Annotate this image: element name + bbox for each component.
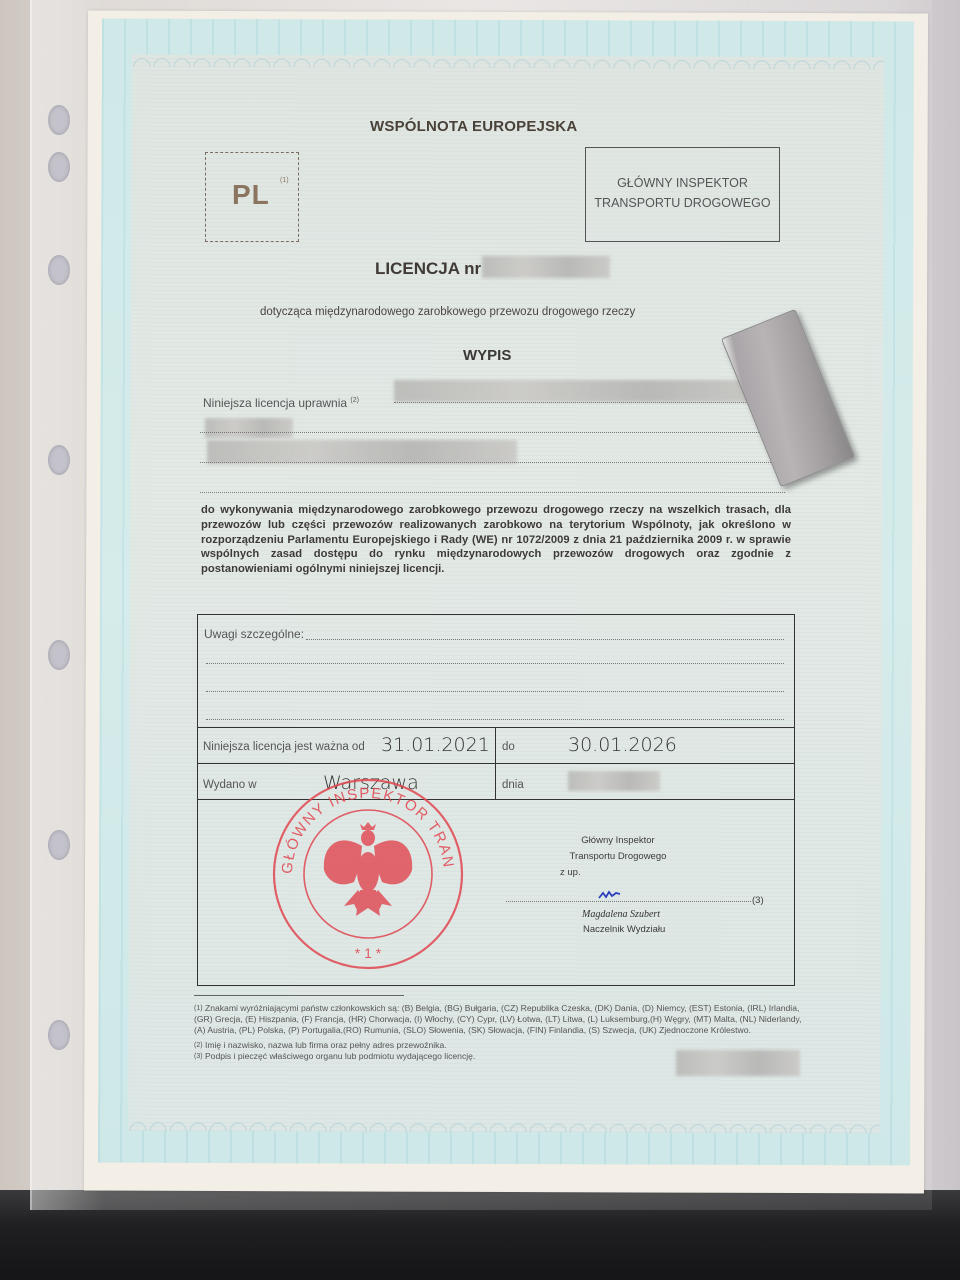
punch-hole: [48, 830, 70, 860]
punch-hole: [48, 255, 70, 285]
holder-label-text: Niniejsza licencja uprawnia: [203, 396, 347, 410]
document-type: WYPIS: [463, 347, 511, 364]
footnote-mark: (2): [194, 1042, 203, 1049]
signatory-block: Główny Inspektor Transportu Drogowego: [563, 833, 673, 865]
punch-hole: [48, 105, 70, 135]
dotted-line: [200, 432, 785, 433]
authority-line-2: TRANSPORTU DROGOWEGO: [586, 196, 779, 210]
footnote-text: Imię i nazwisko, nazwa lub firma oraz pe…: [205, 1040, 447, 1050]
handwritten-signature: [598, 887, 624, 895]
redacted-issue-date: [568, 771, 660, 791]
remarks-label: Uwagi szczególne:: [204, 627, 304, 641]
dotted-line: [306, 639, 784, 640]
issued-date-label: dnia: [502, 779, 524, 791]
footnote-rule: [194, 995, 404, 996]
redacted-holder-line-2: [205, 418, 293, 438]
table-divider: [198, 763, 794, 764]
signatory-name: Magdalena Szubert: [582, 909, 660, 920]
footnote-mark: (3): [752, 895, 764, 906]
license-title: LICENCJA nr: [375, 259, 481, 279]
signatory-line-1: Główny Inspektor: [563, 833, 673, 849]
redacted-serial-number: [676, 1050, 800, 1076]
country-code-box: PL (1): [205, 152, 299, 242]
footnote-mark: (1): [280, 177, 289, 184]
redacted-holder-address: [207, 440, 517, 464]
on-behalf-label: z up.: [560, 867, 581, 878]
signatory-title: Naczelnik Wydziału: [583, 924, 665, 935]
footnote-mark: (2): [350, 397, 359, 404]
dotted-line: [206, 719, 784, 720]
issued-in-label: Wydano w: [203, 779, 257, 791]
signatory-line-2: Transportu Drogowego: [563, 849, 673, 865]
valid-to-label: do: [502, 741, 515, 753]
punch-hole: [48, 1020, 70, 1050]
license-title-label: LICENCJA nr: [375, 259, 481, 278]
license-scope-paragraph: do wykonywania międzynarodowego zarobkow…: [201, 503, 791, 577]
signature-line: [506, 901, 751, 902]
redacted-license-number: [482, 256, 610, 278]
footnote-text: Znakami wyróżniającymi państw członkowsk…: [194, 1003, 802, 1035]
dotted-line: [394, 402, 774, 403]
dotted-line: [206, 691, 784, 692]
valid-to-date: 30.01.2026: [568, 734, 677, 756]
authority-line-1: GŁÓWNY INSPEKTOR: [586, 176, 779, 190]
official-stamp: GŁÓWNY INSPEKTOR TRANSPORTU DROGOWEGO * …: [270, 776, 466, 972]
footnote-mark: (1): [194, 1005, 203, 1012]
punch-hole: [48, 445, 70, 475]
footnote-1: (1) Znakami wyróżniającymi państw członk…: [194, 1003, 804, 1036]
holder-label: Niniejsza licencja uprawnia (2): [203, 396, 359, 410]
punch-hole: [48, 640, 70, 670]
table-divider: [198, 727, 794, 728]
valid-from-label: Niniejsza licencja jest ważna od: [203, 741, 365, 753]
redacted-holder-name: [394, 380, 774, 402]
dotted-line: [200, 492, 785, 493]
dotted-line: [200, 462, 785, 463]
country-code: PL: [232, 179, 270, 211]
issuing-authority-box: GŁÓWNY INSPEKTOR TRANSPORTU DROGOWEGO: [585, 147, 780, 242]
document-header: WSPÓLNOTA EUROPEJSKA: [370, 118, 577, 135]
license-subtitle: dotycząca międzynarodowego zarobkowego p…: [260, 306, 635, 318]
valid-from-date: 31.01.2021: [381, 734, 490, 756]
dotted-line: [206, 663, 784, 664]
punch-hole: [48, 152, 70, 182]
svg-text:* 1 *: * 1 *: [355, 945, 382, 961]
footnote-text: Podpis i pieczęć właściwego organu lub p…: [205, 1051, 475, 1061]
footnote-mark: (3): [194, 1053, 203, 1060]
